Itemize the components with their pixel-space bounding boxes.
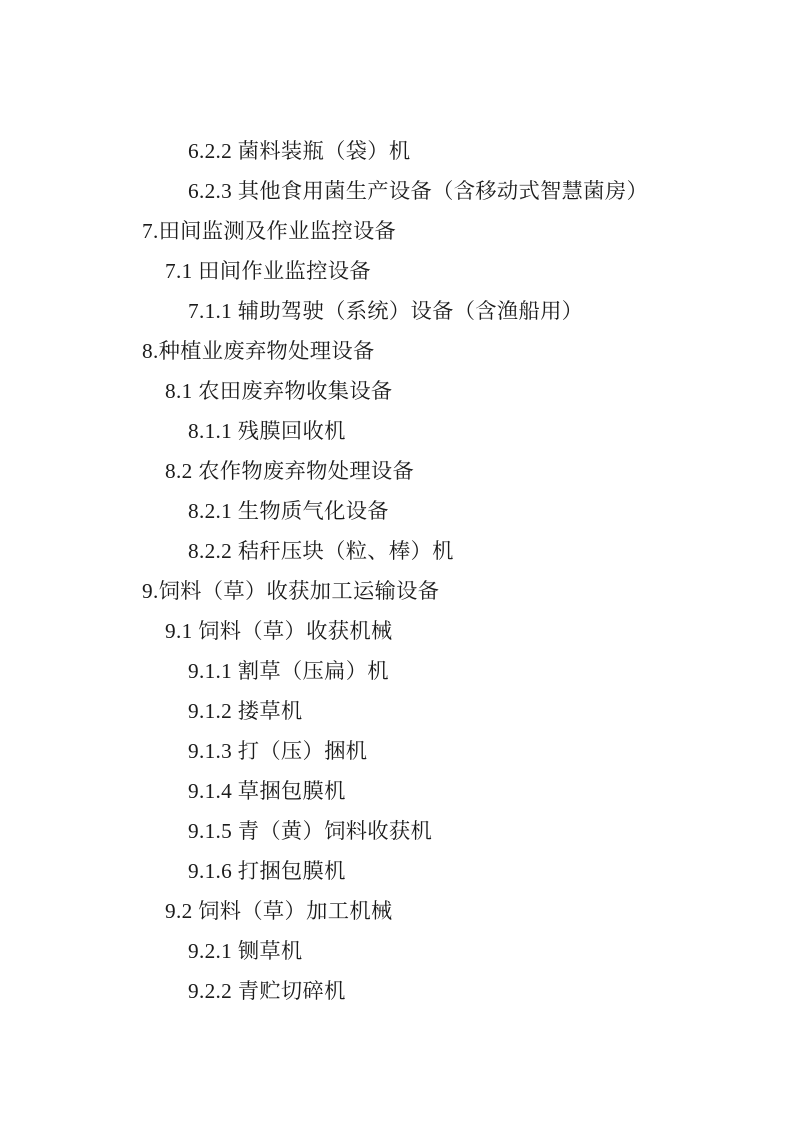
list-item: 9.1.2 搂草机: [0, 691, 793, 731]
list-item: 9.1.4 草捆包膜机: [0, 771, 793, 811]
section-heading: 7.田间监测及作业监控设备: [0, 211, 793, 251]
list-item: 8.2.1 生物质气化设备: [0, 491, 793, 531]
list-item: 7.1.1 辅助驾驶（系统）设备（含渔船用）: [0, 291, 793, 331]
list-item: 9.1.5 青（黄）饲料收获机: [0, 811, 793, 851]
list-item: 7.1 田间作业监控设备: [0, 251, 793, 291]
list-item: 8.2 农作物废弃物处理设备: [0, 451, 793, 491]
list-item: 8.1 农田废弃物收集设备: [0, 371, 793, 411]
list-item: 9.1.6 打捆包膜机: [0, 851, 793, 891]
section-heading: 9.饲料（草）收获加工运输设备: [0, 571, 793, 611]
section-heading: 8.种植业废弃物处理设备: [0, 331, 793, 371]
list-item: 9.1 饲料（草）收获机械: [0, 611, 793, 651]
list-item: 9.2.1 铡草机: [0, 931, 793, 971]
list-item: 8.1.1 残膜回收机: [0, 411, 793, 451]
list-item: 6.2.3 其他食用菌生产设备（含移动式智慧菌房）: [0, 171, 793, 211]
list-item: 9.2 饲料（草）加工机械: [0, 891, 793, 931]
list-item: 6.2.2 菌料装瓶（袋）机: [0, 131, 793, 171]
list-item: 9.1.3 打（压）捆机: [0, 731, 793, 771]
list-item: 8.2.2 秸秆压块（粒、棒）机: [0, 531, 793, 571]
outline-list: 6.2.2 菌料装瓶（袋）机 6.2.3 其他食用菌生产设备（含移动式智慧菌房）…: [0, 131, 793, 1011]
document-page: 6.2.2 菌料装瓶（袋）机 6.2.3 其他食用菌生产设备（含移动式智慧菌房）…: [0, 0, 793, 1122]
list-item: 9.1.1 割草（压扁）机: [0, 651, 793, 691]
list-item: 9.2.2 青贮切碎机: [0, 971, 793, 1011]
